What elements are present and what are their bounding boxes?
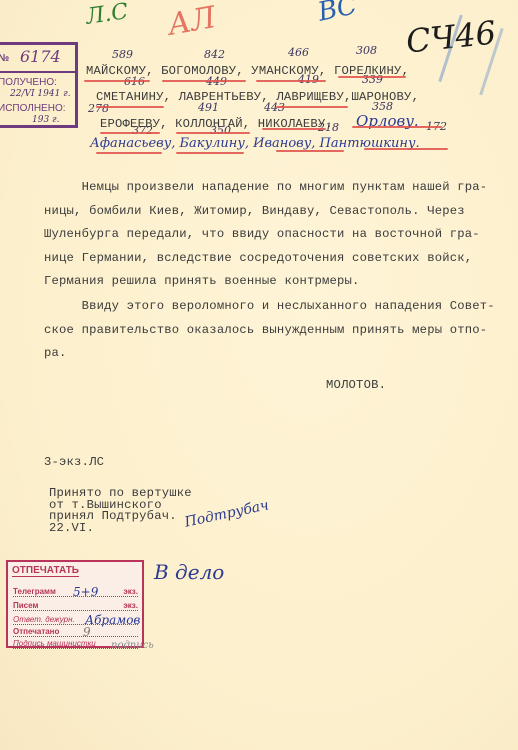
red-underline: [262, 128, 326, 130]
red-underline: [84, 80, 150, 82]
red-underline: [96, 106, 164, 108]
row-value: 5+9: [73, 585, 98, 599]
print-stamp-row: Писем экз.: [13, 598, 138, 611]
red-underline: [256, 80, 326, 82]
copies-note: 3-экз.ЛС: [44, 455, 104, 469]
body-line: нице Германии, вследствие сосредоточения…: [44, 247, 487, 271]
red-underline: [162, 80, 246, 82]
stamp-number-value: 6174: [20, 47, 61, 66]
stamp-executed-label: ИСПОЛНЕНО:: [0, 103, 66, 114]
registration-stamp: № 6174 ПОЛУЧЕНО: 22/VI 1941 г. ИСПОЛНЕНО…: [0, 42, 78, 128]
received-line: 22.VI.: [49, 523, 192, 535]
red-underline: [176, 132, 250, 134]
body-line: Германия решила принять военные контрмер…: [44, 270, 487, 294]
cipher-number: 589: [112, 48, 133, 61]
row-label: Телеграмм: [13, 587, 56, 596]
red-underline: [338, 76, 406, 78]
stamp-executed-value: 193 г.: [32, 115, 59, 125]
red-underline: [176, 152, 244, 154]
row-suffix: экз.: [123, 587, 138, 596]
addressee-line-2: СМЕТАНИНУ, ЛАВРЕНТЬЕВУ, ЛАВРИЩЕВУ,ШАРОНО…: [96, 90, 419, 104]
cipher-number: 308: [356, 44, 377, 57]
stamp-received-label: ПОЛУЧЕНО:: [0, 77, 57, 88]
print-stamp-row: Подпись машинистки подпись: [13, 636, 138, 649]
red-pencil-mark: АЛ: [165, 0, 218, 43]
body-paragraph-1: Немцы произвели нападение по многим пунк…: [44, 176, 487, 294]
handwritten-note-v-delo: В дело: [154, 560, 224, 584]
stamp-received-value: 22/VI 1941 г.: [10, 89, 71, 99]
body-line: ра.: [44, 342, 495, 366]
body-line: ницы, бомбили Киев, Житомир, Виндаву, Се…: [44, 200, 487, 224]
row-label: Писем: [13, 601, 38, 610]
body-line: ское правительство оказалось вынужденным…: [44, 319, 495, 343]
body-paragraph-2: Ввиду этого вероломного и неслыханного н…: [44, 295, 495, 366]
print-stamp: ОТПЕЧАТАТЬ Телеграмм 5+9 экз. Писем экз.…: [6, 560, 144, 648]
red-underline: [276, 150, 344, 152]
green-pencil-mark: Л.С: [84, 0, 129, 30]
cipher-number: 466: [288, 46, 309, 59]
body-line: Немцы произвели нападение по многим пунк…: [44, 176, 487, 200]
red-underline: [276, 106, 348, 108]
red-underline: [364, 148, 448, 150]
row-suffix: экз.: [123, 601, 138, 610]
body-line: Шуленбурга передали, что ввиду опасности…: [44, 223, 487, 247]
row-value: подпись: [111, 640, 154, 651]
red-underline: [100, 132, 160, 134]
red-underline: [96, 152, 162, 154]
body-line: Ввиду этого вероломного и неслыханного н…: [44, 295, 495, 319]
print-stamp-title: ОТПЕЧАТАТЬ: [12, 565, 79, 577]
received-block: Принято по вертушке от т.Вышинского прин…: [49, 488, 192, 534]
cipher-number: 842: [204, 48, 225, 61]
row-label: Подпись машинистки: [13, 639, 96, 648]
row-label: Отпечатано: [13, 627, 59, 636]
handwritten-signature: Подтрубач: [183, 497, 270, 530]
signature-molotov: МОЛОТОВ.: [326, 378, 386, 392]
document-page: Л.С АЛ ВС СЧ46 № 6174 ПОЛУЧЕНО: 22/VI 19…: [0, 0, 518, 750]
row-label: Ответ. дежурн.: [13, 615, 75, 624]
stamp-number-label: №: [0, 53, 9, 64]
print-stamp-row: Телеграмм 5+9 экз.: [13, 584, 138, 597]
blue-pencil-mark: ВС: [315, 0, 359, 28]
red-underline: [352, 126, 442, 128]
